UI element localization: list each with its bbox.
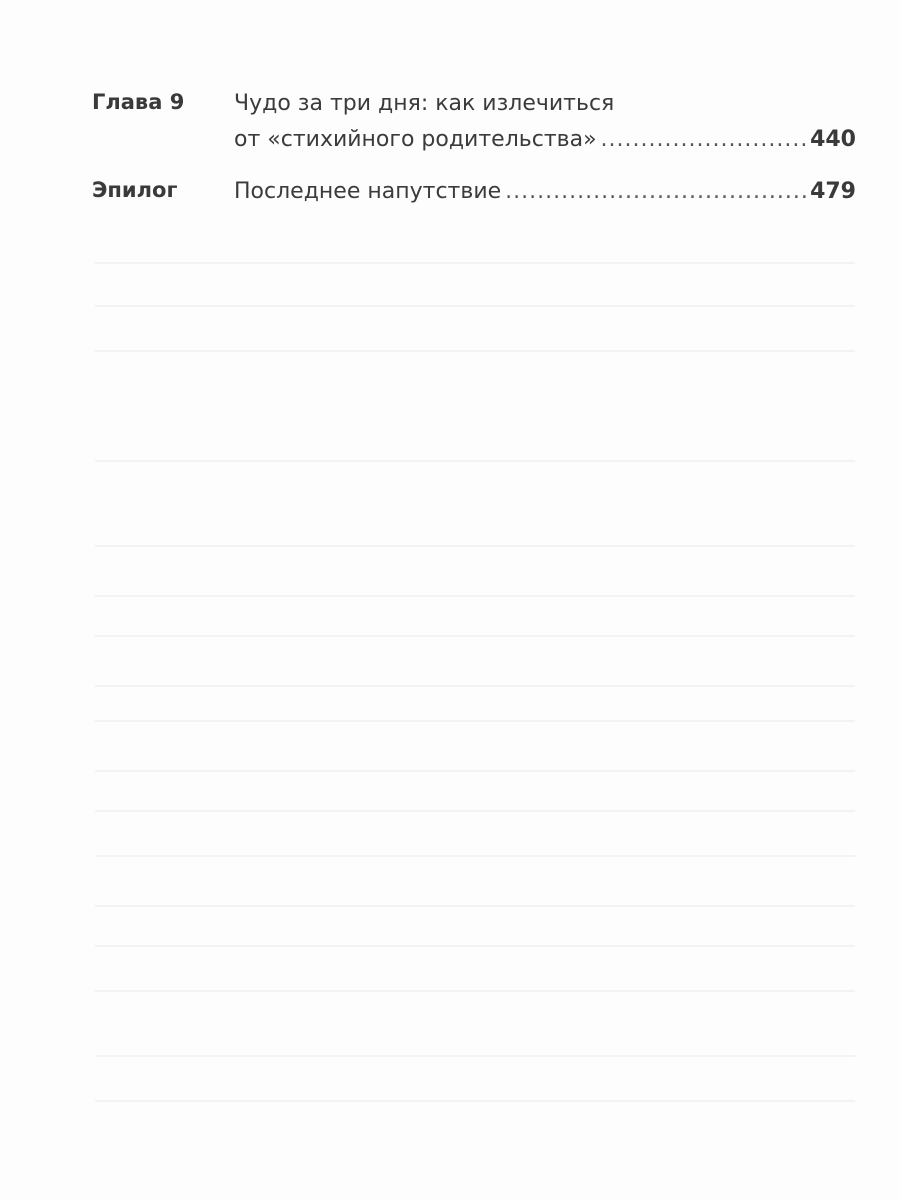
page-number: 440 <box>810 122 856 158</box>
entry-title-line-2: от «стихийного родительства» <box>234 122 597 158</box>
dot-leader <box>601 122 807 158</box>
page-number: 479 <box>810 174 856 210</box>
entry-label: Эпилог <box>92 178 177 202</box>
bleed-through-line <box>95 350 855 352</box>
bleed-through-line <box>95 545 855 547</box>
bleed-through-line <box>95 855 855 857</box>
entry-label: Глава 9 <box>92 90 184 114</box>
bleed-through-line <box>95 945 855 947</box>
entry-title-line-1: Чудо за три дня: как излечиться <box>234 86 614 122</box>
bleed-through-line <box>95 810 855 812</box>
bleed-through-line <box>95 635 855 637</box>
bleed-through-line <box>95 990 855 992</box>
bleed-through-line <box>95 305 855 307</box>
bleed-through-line <box>95 720 855 722</box>
dot-leader <box>505 174 806 210</box>
bleed-through-line <box>95 770 855 772</box>
bleed-through-line <box>95 460 855 462</box>
bleed-through-line <box>95 595 855 597</box>
entry-title-line-1: Последнее напутствие <box>234 174 501 210</box>
bleed-through-line <box>95 685 855 687</box>
bleed-through-line <box>95 905 855 907</box>
bleed-through-line <box>95 1055 855 1057</box>
bleed-through-line <box>95 262 855 264</box>
bleed-through-line <box>95 1100 855 1102</box>
